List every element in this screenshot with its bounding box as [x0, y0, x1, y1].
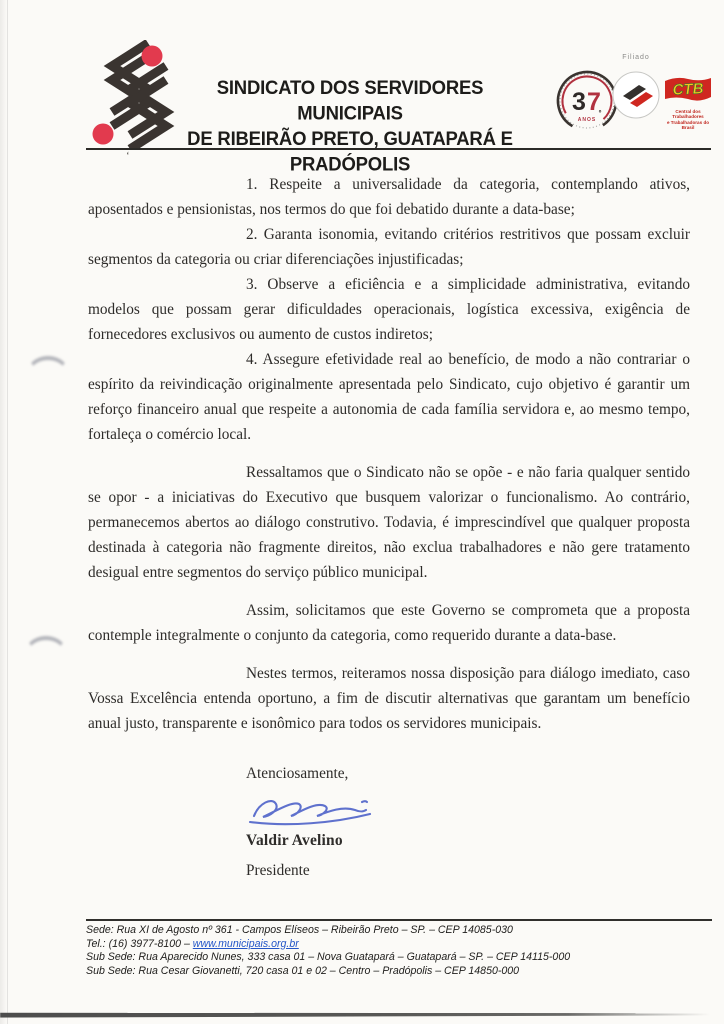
closing-salutation: Atenciosamente,: [246, 761, 690, 786]
paragraph-ressaltamos: Ressaltamos que o Sindicato não se opõe …: [88, 460, 690, 585]
letterhead-footer: Sede: Rua XI de Agosto nº 361 - Campos E…: [86, 919, 712, 978]
svg-text:ANOS: ANOS: [578, 117, 596, 123]
paragraph-nestes-termos: Nestes termos, reiteramos nossa disposiç…: [88, 661, 690, 736]
punch-hole-shadow-top: [26, 356, 70, 395]
ctb-flag-icon: CTB: [663, 76, 713, 103]
letter-body: 1. Respeite a universalidade da categori…: [88, 172, 690, 883]
org-name: SINDICATO DOS SERVIDORES MUNICIPAIS DE R…: [172, 75, 528, 177]
paragraph-assim: Assim, solicitamos que este Governo se c…: [88, 598, 690, 648]
ctb-caption-line1: Central dos Trabalhadores: [663, 109, 713, 120]
scan-bottom-edge: [0, 1011, 710, 1018]
org-name-line2: DE RIBEIRÃO PRETO, GUATAPARÁ E PRADÓPOLI…: [172, 126, 528, 177]
footer-address-subsede-1: Sub Sede: Rua Aparecido Nunes, 333 casa …: [86, 951, 712, 965]
ctb-flag-emblem-icon: [611, 70, 661, 125]
footer-address-subsede-2: Sub Sede: Rua Cesar Giovanetti, 720 casa…: [86, 965, 712, 979]
signer-name: Valdir Avelino: [246, 828, 690, 853]
footer-address-sede: Sede: Rua XI de Agosto nº 361 - Campos E…: [86, 924, 712, 938]
scanned-letter-page: ‘ SINDICATO DOS SERVIDORES MUNICIPAIS DE…: [0, 0, 724, 1024]
filiado-label: Filiado: [610, 54, 662, 61]
scan-left-shade: [0, 0, 7, 1024]
punch-hole-shadow-bottom: [24, 636, 68, 675]
numbered-item-2: 2. Garanta isonomia, evitando critérios …: [88, 222, 690, 272]
footer-phone: Tel.: (16) 3977-8100 –: [86, 938, 193, 950]
scan-left-edge-line: [7, 0, 8, 1024]
numbered-item-3: 3. Observe a eficiência e a simplicidade…: [88, 272, 690, 347]
union-logo-icon: [90, 40, 175, 155]
svg-text:º: º: [599, 110, 602, 117]
numbered-item-4: 4. Assegure efetividade real ao benefíci…: [88, 347, 690, 447]
closing-block: Atenciosamente, Valdir Avelino President…: [246, 761, 690, 883]
ctb-caption-line2: e Trabalhadoras do Brasil: [663, 120, 713, 131]
numbered-item-1: 1. Respeite a universalidade da categori…: [88, 172, 690, 222]
footer-website-link[interactable]: www.municipais.org.br: [193, 938, 299, 950]
header-divider: [86, 148, 711, 150]
org-name-line1: SINDICATO DOS SERVIDORES MUNICIPAIS: [172, 75, 528, 126]
footer-contact-line: Tel.: (16) 3977-8100 – www.municipais.or…: [86, 938, 712, 952]
signer-title: Presidente: [246, 858, 690, 883]
svg-text:3: 3: [572, 88, 586, 116]
svg-text:CTB: CTB: [672, 80, 704, 99]
ctb-logo: CTB Central dos Trabalhadores e Trabalha…: [663, 76, 713, 131]
